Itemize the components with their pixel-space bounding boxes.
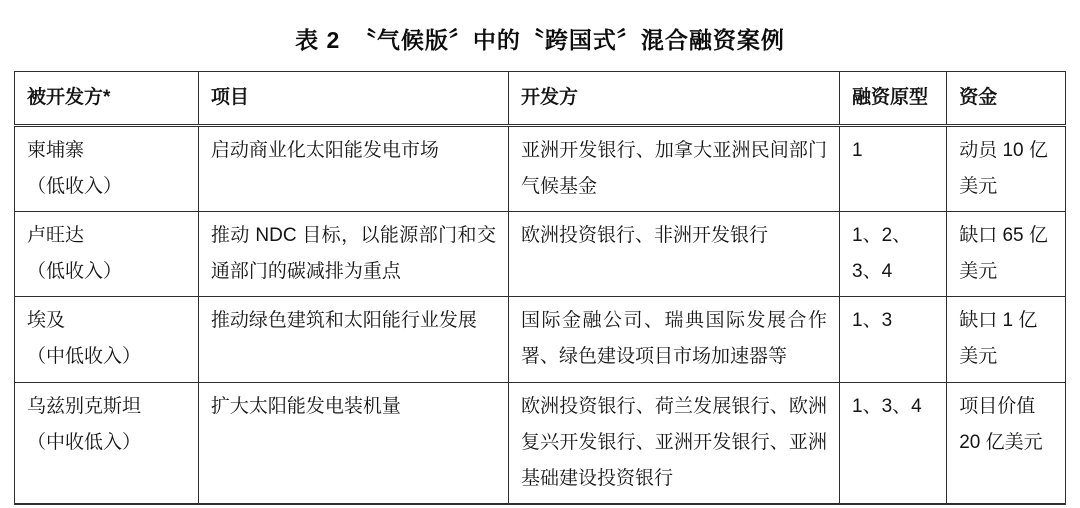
cell-prototype: 1、2、3、4: [840, 212, 947, 297]
cell-party: 乌兹别克斯坦 （中收低入）: [15, 382, 199, 504]
cell-prototype: 1、3、4: [840, 382, 947, 504]
table-header-row: 被开发方* 项目 开发方 融资原型 资金: [15, 72, 1066, 126]
cell-party: 卢旺达 （低收入）: [15, 212, 199, 297]
cell-party: 埃及 （中低收入）: [15, 297, 199, 382]
table-row: 乌兹别克斯坦 （中收低入） 扩大太阳能发电装机量 欧洲投资银行、荷兰发展银行、欧…: [15, 382, 1066, 504]
cell-project: 推动绿色建筑和太阳能行业发展: [198, 297, 508, 382]
cell-party: 柬埔寨 （低收入）: [15, 126, 199, 212]
header-developed-party: 被开发方*: [15, 72, 199, 126]
header-funds: 资金: [947, 72, 1066, 126]
cell-developers: 国际金融公司、瑞典国际发展合作署、绿色建设项目市场加速器等: [508, 297, 839, 382]
cell-prototype: 1、3: [840, 297, 947, 382]
cell-project: 扩大太阳能发电装机量: [198, 382, 508, 504]
table-row: 埃及 （中低收入） 推动绿色建筑和太阳能行业发展 国际金融公司、瑞典国际发展合作…: [15, 297, 1066, 382]
cell-funds: 缺口 1 亿美元: [947, 297, 1066, 382]
financing-cases-table: 被开发方* 项目 开发方 融资原型 资金 柬埔寨 （低收入） 启动商业化太阳能发…: [14, 71, 1066, 505]
cell-funds: 动员 10 亿美元: [947, 126, 1066, 212]
cell-developers: 欧洲投资银行、荷兰发展银行、欧洲复兴开发银行、亚洲开发银行、亚洲基础建设投资银行: [508, 382, 839, 504]
document-page: 表 2 〝气候版〞中的〝跨国式〞混合融资案例 被开发方* 项目 开发方 融资原型…: [0, 0, 1080, 508]
table-title: 表 2 〝气候版〞中的〝跨国式〞混合融资案例: [0, 0, 1080, 71]
cell-project: 启动商业化太阳能发电市场: [198, 126, 508, 212]
table-row: 卢旺达 （低收入） 推动 NDC 目标，以能源部门和交通部门的碳减排为重点 欧洲…: [15, 212, 1066, 297]
cell-developers: 欧洲投资银行、非洲开发银行: [508, 212, 839, 297]
header-financing-prototype: 融资原型: [840, 72, 947, 126]
cell-project: 推动 NDC 目标，以能源部门和交通部门的碳减排为重点: [198, 212, 508, 297]
cell-developers: 亚洲开发银行、加拿大亚洲民间部门气候基金: [508, 126, 839, 212]
table-container: 被开发方* 项目 开发方 融资原型 资金 柬埔寨 （低收入） 启动商业化太阳能发…: [0, 71, 1080, 505]
header-developer: 开发方: [508, 72, 839, 126]
table-row: 柬埔寨 （低收入） 启动商业化太阳能发电市场 亚洲开发银行、加拿大亚洲民间部门气…: [15, 126, 1066, 212]
cell-prototype: 1: [840, 126, 947, 212]
cell-funds: 项目价值 20 亿美元: [947, 382, 1066, 504]
header-project: 项目: [198, 72, 508, 126]
cell-funds: 缺口 65 亿美元: [947, 212, 1066, 297]
